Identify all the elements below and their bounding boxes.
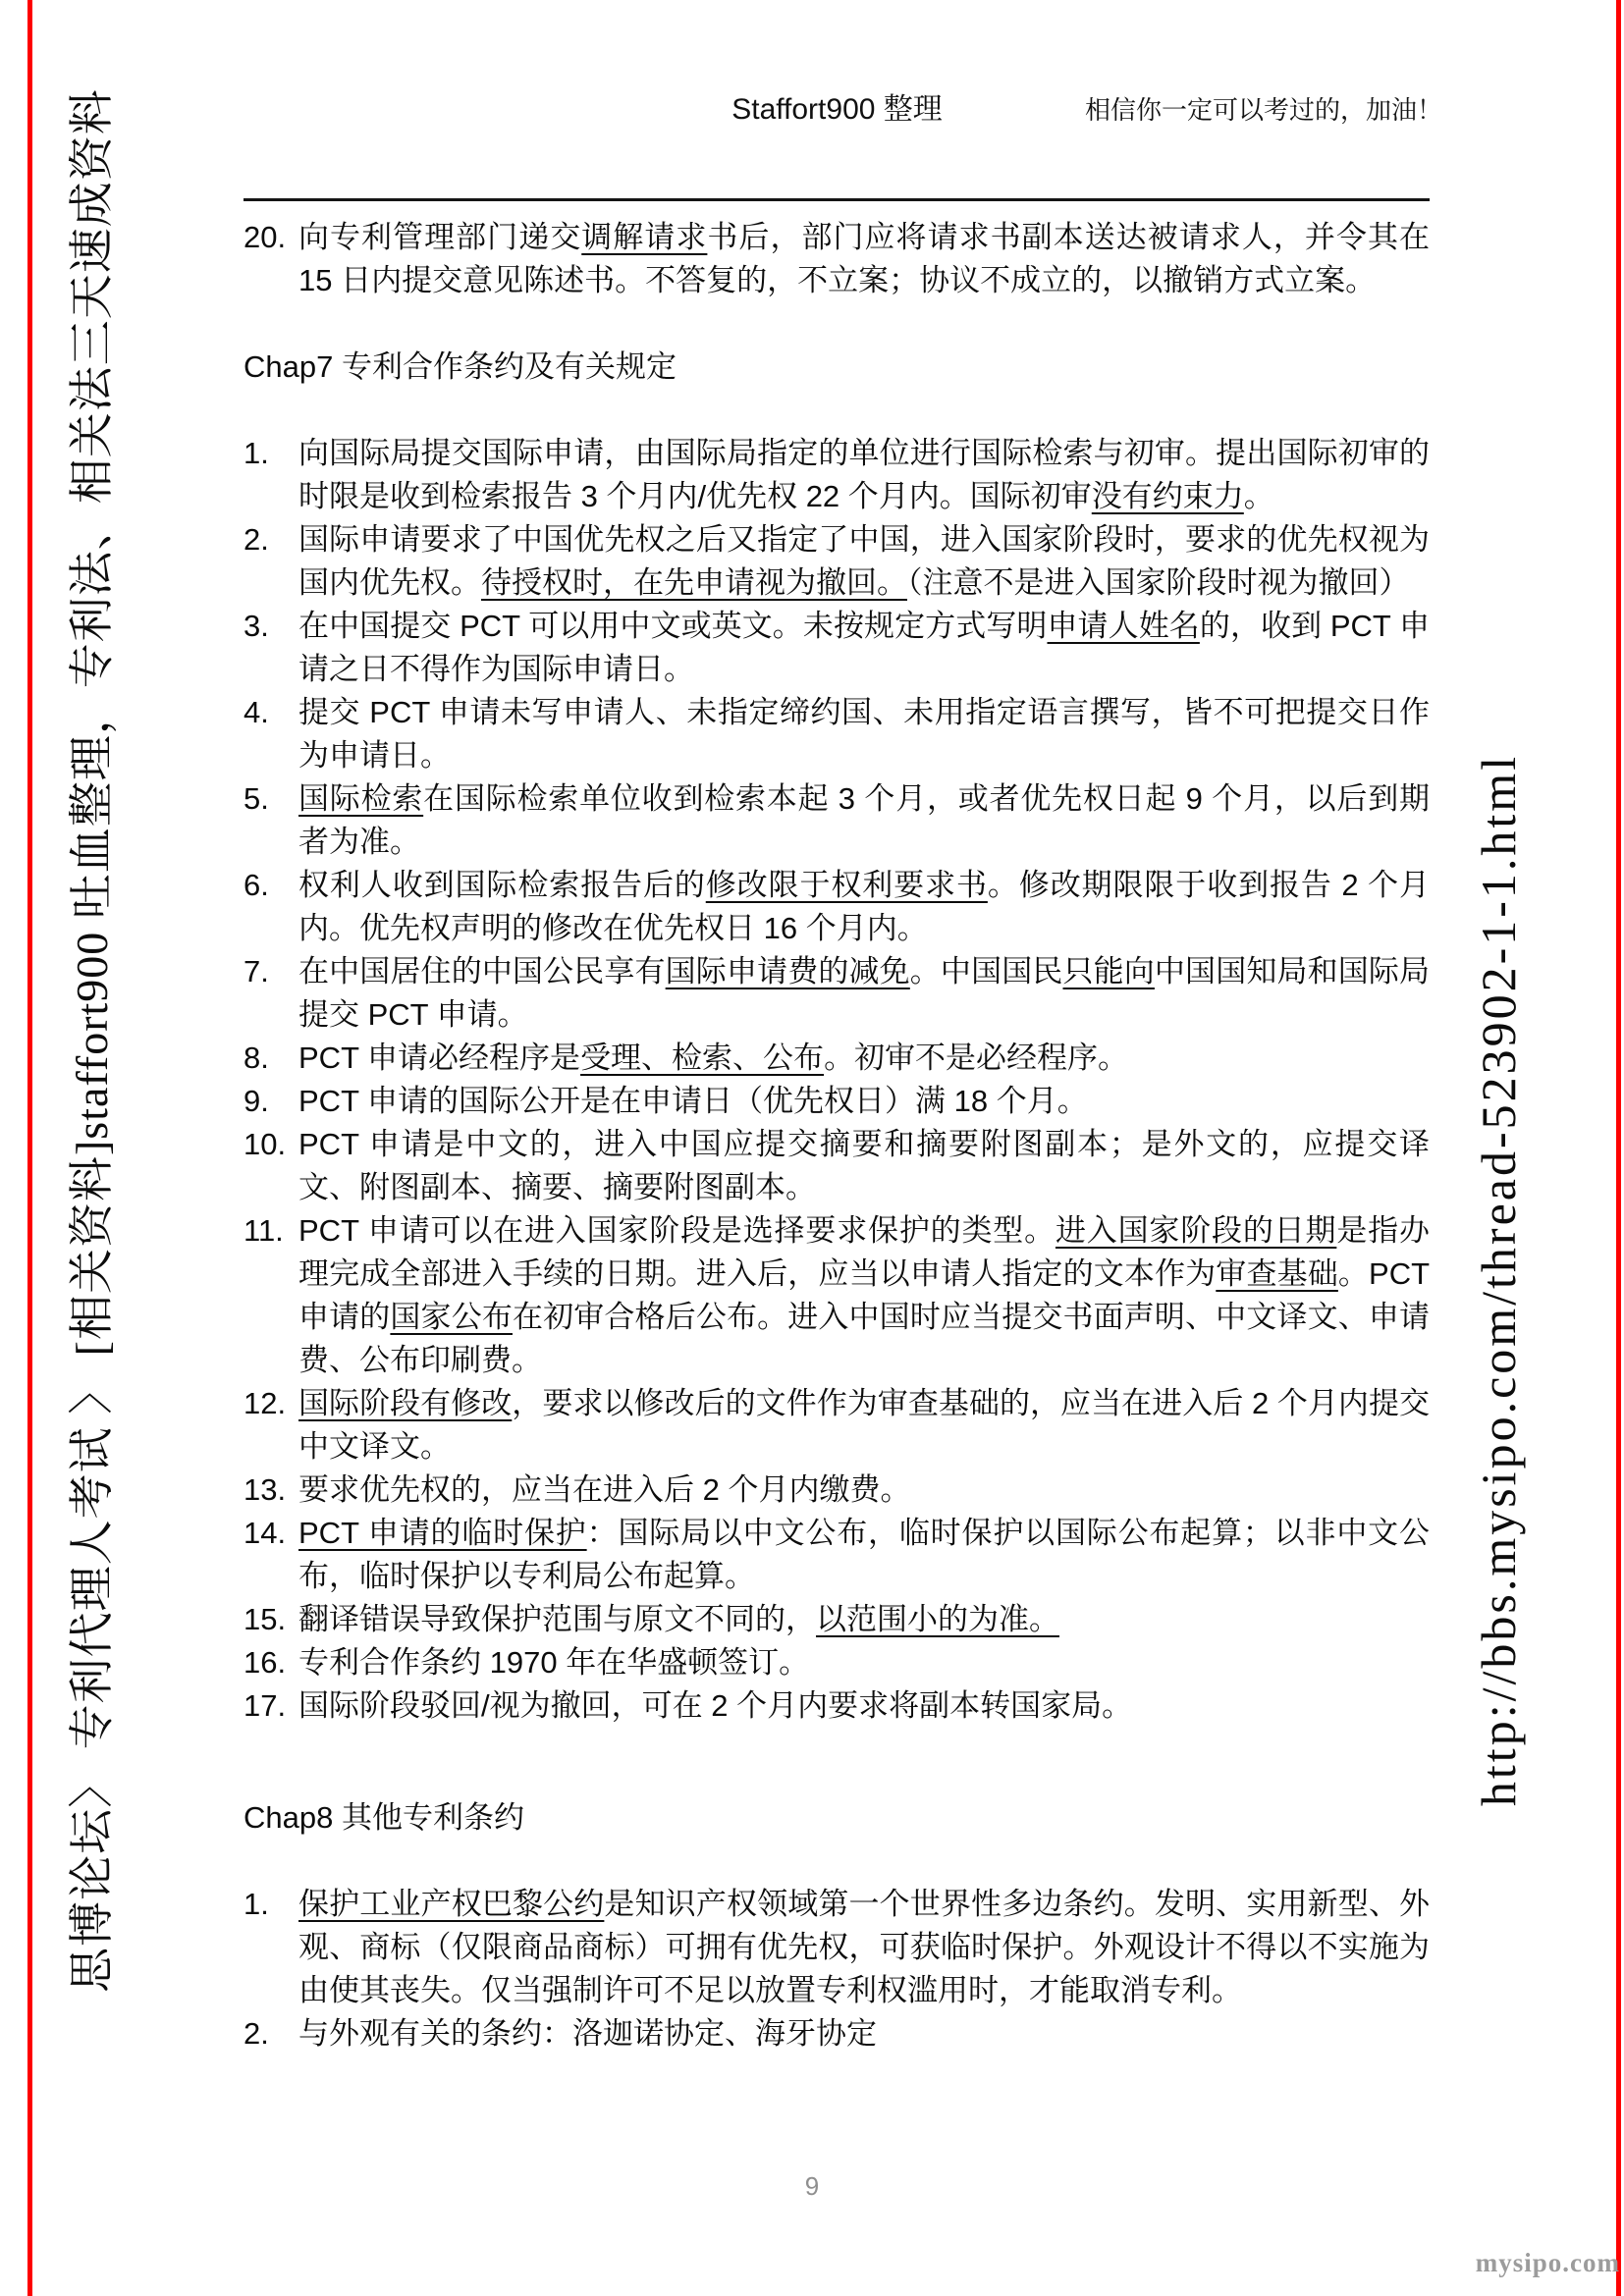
item-number: 9. xyxy=(244,1080,298,1123)
list-item: 1.保护工业产权巴黎公约是知识产权领域第一个世界性多边条约。发明、实用新型、外观… xyxy=(244,1883,1430,2012)
list-item: 5.国际检索在国际检索单位收到检索本起 3 个月，或者优先权日起 9 个月，以后… xyxy=(244,777,1430,864)
carryover-list: 20.向专利管理部门递交调解请求书后，部门应将请求书副本送达被请求人，并令其在 … xyxy=(244,216,1430,302)
item-text: PCT 申请可以在进入国家阶段是选择要求保护的类型。进入国家阶段的日期是指办理完… xyxy=(298,1209,1430,1382)
item-number: 12. xyxy=(244,1382,298,1425)
list-item: 15.翻译错误导致保护范围与原文不同的，以范围小的为准。 xyxy=(244,1598,1430,1641)
list-item: 2.与外观有关的条约：洛迦诺协定、海牙协定 xyxy=(244,2012,1430,2056)
item-number: 14. xyxy=(244,1512,298,1555)
list-item: 13.要求优先权的，应当在进入后 2 个月内缴费。 xyxy=(244,1468,1430,1512)
item-text: 在中国居住的中国公民享有国际申请费的减免。中国国民只能向中国国知局和国际局提交 … xyxy=(298,950,1430,1037)
document-body: 20.向专利管理部门递交调解请求书后，部门应将请求书副本送达被请求人，并令其在 … xyxy=(244,216,1430,2056)
item-text: 翻译错误导致保护范围与原文不同的，以范围小的为准。 xyxy=(298,1598,1430,1641)
watermark: mysipo.com xyxy=(1476,2248,1620,2278)
item-number: 3. xyxy=(244,605,298,648)
left-margin-note: 思博论坛〉 专利代理人考试 〉 [相关资料]staffort900 吐血整理，专… xyxy=(56,69,121,2012)
item-number: 13. xyxy=(244,1468,298,1512)
item-text: 提交 PCT 申请未写申请人、未指定缔约国、未用指定语言撰写，皆不可把提交日作为… xyxy=(298,691,1430,777)
list-item: 1.向国际局提交国际申请，由国际局指定的单位进行国际检索与初审。提出国际初审的时… xyxy=(244,432,1430,518)
right-red-margin-rule xyxy=(1616,0,1621,2296)
section-title: Chap8 其他专利条约 xyxy=(244,1796,1430,1840)
item-text: 国际申请要求了中国优先权之后又指定了中国，进入国家阶段时，要求的优先权视为国内优… xyxy=(298,518,1430,605)
list-item: 4.提交 PCT 申请未写申请人、未指定缔约国、未用指定语言撰写，皆不可把提交日… xyxy=(244,691,1430,777)
list-item: 14.PCT 申请的临时保护：国际局以中文公布，临时保护以国际公布起算；以非中文… xyxy=(244,1512,1430,1598)
item-text: 权利人收到国际检索报告后的修改限于权利要求书。修改期限限于收到报告 2 个月内。… xyxy=(298,864,1430,950)
page: { "header": { "center": "Staffort900 整理"… xyxy=(0,0,1624,2296)
page-number: 9 xyxy=(0,2171,1624,2202)
item-number: 15. xyxy=(244,1598,298,1641)
item-text: 国际阶段有修改，要求以修改后的文件作为审查基础的，应当在进入后 2 个月内提交中… xyxy=(298,1382,1430,1468)
list-item: 20.向专利管理部门递交调解请求书后，部门应将请求书副本送达被请求人，并令其在 … xyxy=(244,216,1430,302)
item-number: 17. xyxy=(244,1684,298,1728)
list-item: 10.PCT 申请是中文的，进入中国应提交摘要和摘要附图副本；是外文的，应提交译… xyxy=(244,1123,1430,1209)
item-text: PCT 申请的国际公开是在申请日（优先权日）满 18 个月。 xyxy=(298,1080,1430,1123)
section-chap7: Chap7 专利合作条约及有关规定 1.向国际局提交国际申请，由国际局指定的单位… xyxy=(244,346,1430,1728)
item-text: 国际检索在国际检索单位收到检索本起 3 个月，或者优先权日起 9 个月，以后到期… xyxy=(298,777,1430,864)
item-number: 1. xyxy=(244,1883,298,1926)
chap8-list: 1.保护工业产权巴黎公约是知识产权领域第一个世界性多边条约。发明、实用新型、外观… xyxy=(244,1883,1430,2056)
list-item: 3.在中国提交 PCT 可以用中文或英文。未按规定方式写明申请人姓名的，收到 P… xyxy=(244,605,1430,691)
list-item: 6.权利人收到国际检索报告后的修改限于权利要求书。修改期限限于收到报告 2 个月… xyxy=(244,864,1430,950)
section-title: Chap7 专利合作条约及有关规定 xyxy=(244,346,1430,389)
list-item: 12.国际阶段有修改，要求以修改后的文件作为审查基础的，应当在进入后 2 个月内… xyxy=(244,1382,1430,1468)
list-item: 11.PCT 申请可以在进入国家阶段是选择要求保护的类型。进入国家阶段的日期是指… xyxy=(244,1209,1430,1382)
list-item: 17.国际阶段驳回/视为撤回，可在 2 个月内要求将副本转国家局。 xyxy=(244,1684,1430,1728)
item-number: 1. xyxy=(244,432,298,475)
list-item: 7.在中国居住的中国公民享有国际申请费的减免。中国国民只能向中国国知局和国际局提… xyxy=(244,950,1430,1037)
item-text: 向专利管理部门递交调解请求书后，部门应将请求书副本送达被请求人，并令其在 15 … xyxy=(298,216,1430,302)
item-number: 8. xyxy=(244,1037,298,1080)
right-margin-url: http://bbs.mysipo.com/thread-523902-1-1.… xyxy=(1470,608,1527,1952)
item-number: 2. xyxy=(244,518,298,561)
item-number: 5. xyxy=(244,777,298,821)
item-number: 7. xyxy=(244,950,298,993)
item-text: 专利合作条约 1970 年在华盛顿签订。 xyxy=(298,1641,1430,1684)
item-text: PCT 申请的临时保护：国际局以中文公布，临时保护以国际公布起算；以非中文公布，… xyxy=(298,1512,1430,1598)
item-number: 10. xyxy=(244,1123,298,1166)
item-number: 20. xyxy=(244,216,298,259)
item-number: 11. xyxy=(244,1209,298,1253)
item-text: 国际阶段驳回/视为撤回，可在 2 个月内要求将副本转国家局。 xyxy=(298,1684,1430,1728)
item-number: 16. xyxy=(244,1641,298,1684)
chap7-list: 1.向国际局提交国际申请，由国际局指定的单位进行国际检索与初审。提出国际初审的时… xyxy=(244,432,1430,1728)
list-item: 9.PCT 申请的国际公开是在申请日（优先权日）满 18 个月。 xyxy=(244,1080,1430,1123)
item-text: 与外观有关的条约：洛迦诺协定、海牙协定 xyxy=(298,2012,1430,2056)
header-divider-line xyxy=(244,198,1430,201)
item-text: 保护工业产权巴黎公约是知识产权领域第一个世界性多边条约。发明、实用新型、外观、商… xyxy=(298,1883,1430,2012)
item-text: PCT 申请是中文的，进入中国应提交摘要和摘要附图副本；是外文的，应提交译文、附… xyxy=(298,1123,1430,1209)
item-number: 4. xyxy=(244,691,298,734)
list-item: 2.国际申请要求了中国优先权之后又指定了中国，进入国家阶段时，要求的优先权视为国… xyxy=(244,518,1430,605)
list-item: 8.PCT 申请必经程序是受理、检索、公布。初审不是必经程序。 xyxy=(244,1037,1430,1080)
list-item: 16.专利合作条约 1970 年在华盛顿签订。 xyxy=(244,1641,1430,1684)
item-text: 在中国提交 PCT 可以用中文或英文。未按规定方式写明申请人姓名的，收到 PCT… xyxy=(298,605,1430,691)
left-red-margin-rule xyxy=(27,0,32,2296)
header-encouragement-note: 相信你一定可以考过的，加油！ xyxy=(1085,90,1424,127)
item-text: 要求优先权的，应当在进入后 2 个月内缴费。 xyxy=(298,1468,1430,1512)
section-chap8: Chap8 其他专利条约 1.保护工业产权巴黎公约是知识产权领域第一个世界性多边… xyxy=(244,1796,1430,2056)
item-number: 2. xyxy=(244,2012,298,2056)
item-number: 6. xyxy=(244,864,298,907)
item-text: 向国际局提交国际申请，由国际局指定的单位进行国际检索与初审。提出国际初审的时限是… xyxy=(298,432,1430,518)
item-text: PCT 申请必经程序是受理、检索、公布。初审不是必经程序。 xyxy=(298,1037,1430,1080)
